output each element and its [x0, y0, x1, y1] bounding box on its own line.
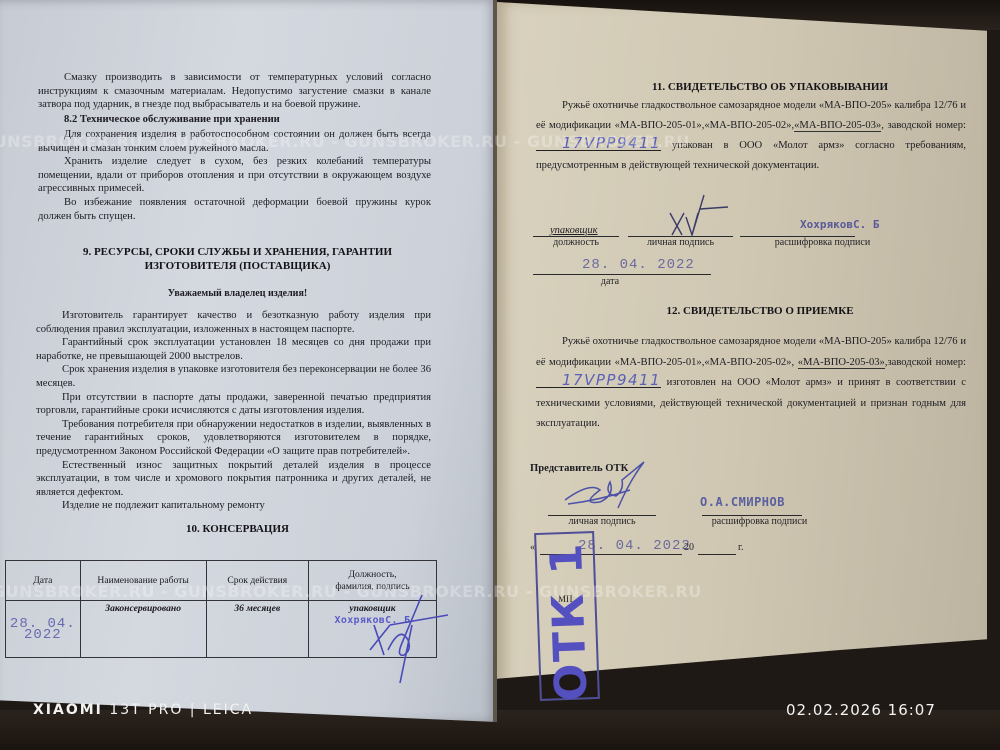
- column-header-date: Дата: [6, 561, 81, 601]
- warranty-paragraph: Изделие не подлежит капитальному ремонту: [36, 499, 431, 513]
- cell-period: 36 месяцев: [206, 601, 308, 658]
- storage-paragraph: Для сохранения изделия в работоспособном…: [38, 128, 431, 155]
- acceptance-serial-number: 17VPP9411: [536, 373, 661, 388]
- otk-stamp-text: ОТК 1: [541, 541, 598, 703]
- packing-certificate-text: Ружьё охотничье гладкоствольное самозаря…: [536, 96, 966, 176]
- greeting: Уважаемый владелец изделия!: [40, 287, 435, 301]
- acceptance-underlined-model: «МА-ВПО-205-03»: [798, 357, 885, 369]
- packing-text-serial-label: , заводской номер:: [881, 120, 966, 131]
- column-header-work: Наименование работы: [80, 561, 206, 601]
- section-11-title: 11. СВИДЕТЕЛЬСТВО ОБ УПАКОВЫВАНИИ: [620, 80, 920, 94]
- photo-timestamp: 02.02.2026 16:07: [786, 701, 936, 719]
- acceptance-certificate-text: Ружьё охотничье гладкоствольное самозаря…: [536, 332, 966, 435]
- storage-paragraph: Хранить изделие следует в сухом, без рез…: [38, 155, 431, 196]
- storage-paragraphs: Для сохранения изделия в работоспособном…: [38, 128, 431, 223]
- warranty-paragraph: Требования потребителя при обнаружении н…: [36, 418, 431, 459]
- otk-date-stamp: 28. 04. 2022: [578, 538, 691, 554]
- mp-label: МП: [558, 594, 573, 604]
- warranty-paragraph: Срок хранения изделия в упаковке изготов…: [36, 363, 431, 390]
- lubrication-paragraph: Смазку производить в зависимости от темп…: [38, 71, 431, 112]
- signature-icon: [360, 595, 450, 685]
- position-label: должность: [533, 237, 619, 248]
- date-label: дата: [590, 276, 630, 287]
- otk-name-stamp: О.А.СМИРНОВ: [700, 495, 785, 509]
- camera-watermark: XIAOMI 13T PRO | LEICA: [33, 702, 253, 718]
- otk-decoding-label: расшифровка подписи: [702, 516, 817, 527]
- cell-date: 28. 04. 2022: [6, 601, 81, 658]
- cell-work: Законсервировано: [80, 601, 206, 658]
- packer-name-stamp: ХохряковС. Б: [800, 218, 879, 231]
- otk-signature-label: личная подпись: [548, 516, 656, 527]
- year-suffix: г.: [738, 542, 743, 553]
- warranty-paragraph: Гарантийный срок эксплуатации установлен…: [36, 336, 431, 363]
- warranty-paragraph: Изготовитель гарантирует качество и безо…: [36, 309, 431, 336]
- warranty-paragraph: Естественный износ защитных покрытий дет…: [36, 459, 431, 500]
- section-12-title: 12. СВИДЕТЕЛЬСТВО О ПРИЕМКЕ: [620, 304, 900, 318]
- date-line: [533, 274, 711, 275]
- date-stamp: 28. 04. 2022: [10, 616, 76, 644]
- section-9-title: 9. РЕСУРСЫ, СРОКИ СЛУЖБЫ И ХРАНЕНИЯ, ГАР…: [40, 245, 435, 273]
- warranty-paragraph: При отсутствии в паспорте даты продажи, …: [36, 391, 431, 418]
- camera-model: 13T PRO | LEICA: [109, 702, 253, 718]
- signature-icon: [560, 460, 655, 515]
- packing-underlined-model: «МА-ВПО-205-03»: [794, 120, 881, 132]
- storage-paragraph: Во избежание появления остаточной деформ…: [38, 196, 431, 223]
- year-line: [698, 554, 736, 555]
- section-10-title: 10. КОНСЕРВАЦИЯ: [40, 522, 435, 536]
- packer-position-value: упаковщик: [550, 225, 598, 236]
- otk-stamp: ОТК 1: [534, 531, 600, 701]
- camera-brand: XIAOMI: [33, 702, 103, 718]
- signature-icon: [668, 195, 738, 245]
- year-prefix: 20: [684, 542, 694, 553]
- warranty-paragraphs: Изготовитель гарантирует качество и безо…: [36, 309, 431, 513]
- packing-date-stamp: 28. 04. 2022: [582, 257, 695, 273]
- packing-serial-number: 17VPP9411: [536, 136, 661, 151]
- column-header-period: Срок действия: [206, 561, 308, 601]
- acceptance-text-serial-label: ,заводской номер:: [885, 357, 966, 368]
- subsection-8-2-title: 8.2 Техническое обслуживание при хранени…: [64, 113, 424, 127]
- decoding-label: расшифровка подписи: [765, 237, 880, 248]
